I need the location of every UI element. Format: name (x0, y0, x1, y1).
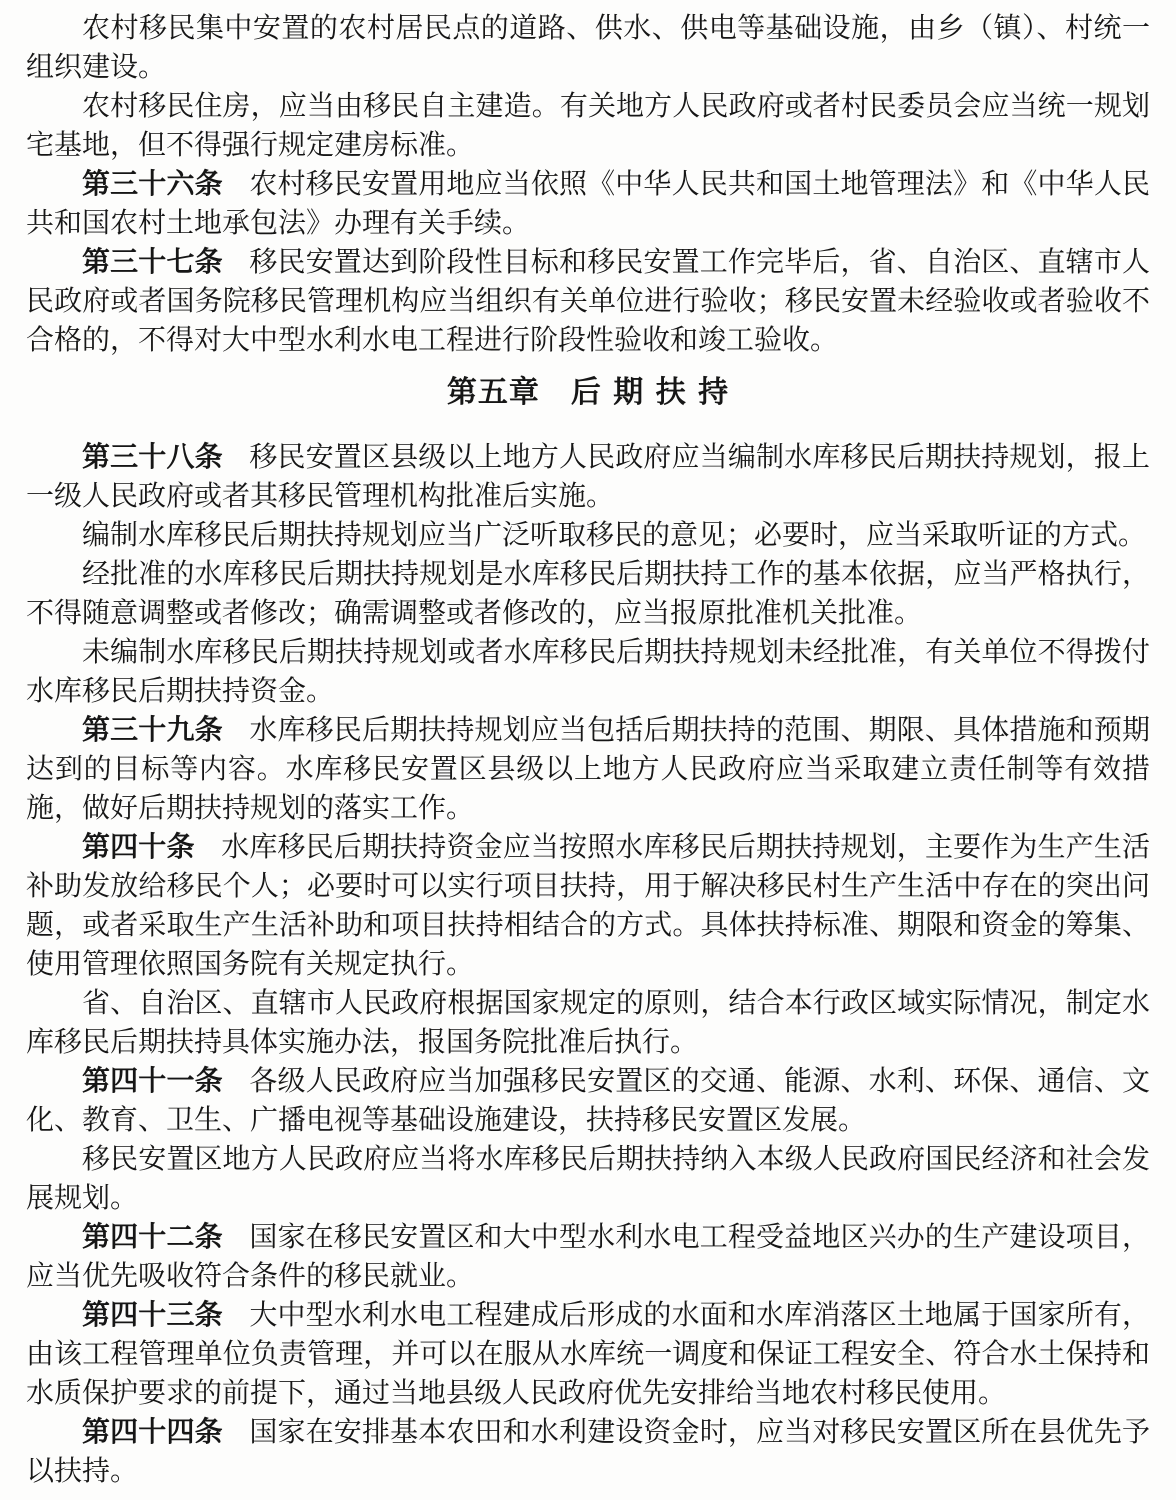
article-number: 第四十四条 (82, 1415, 223, 1448)
article-number: 第三十九条 (82, 713, 223, 746)
article-paragraph: 第三十七条移民安置达到阶段性目标和移民安置工作完毕后，省、自治区、直辖市人民政府… (26, 242, 1150, 359)
article-number: 第三十七条 (82, 245, 223, 278)
article-paragraph: 第四十二条国家在移民安置区和大中型水利水电工程受益地区兴办的生产建设项目，应当优… (26, 1217, 1150, 1295)
chapter-heading: 第五章 后 期 扶 持 (26, 373, 1150, 413)
paragraph: 未编制水库移民后期扶持规划或者水库移民后期扶持规划未经批准，有关单位不得拨付水库… (26, 632, 1150, 710)
paragraph-text: 编制水库移民后期扶持规划应当广泛听取移民的意见；必要时，应当采取听证的方式。 (82, 518, 1146, 551)
article-number: 第三十六条 (82, 167, 223, 200)
article-paragraph: 第四十一条各级人民政府应当加强移民安置区的交通、能源、水利、环保、通信、文化、教… (26, 1061, 1150, 1139)
article-paragraph: 第四十四条国家在安排基本农田和水利建设资金时，应当对移民安置区所在县优先予以扶持… (26, 1412, 1150, 1490)
paragraph: 农村移民集中安置的农村居民点的道路、供水、供电等基础设施，由乡（镇）、村统一组织… (26, 8, 1150, 86)
article-number: 第三十八条 (82, 440, 223, 473)
article-paragraph: 第四十三条大中型水利水电工程建成后形成的水面和水库消落区土地属于国家所有，由该工… (26, 1295, 1150, 1412)
article-paragraph: 第三十九条水库移民后期扶持规划应当包括后期扶持的范围、期限、具体措施和预期达到的… (26, 710, 1150, 827)
article-number: 第四十条 (82, 830, 195, 863)
article-paragraph: 第四十条水库移民后期扶持资金应当按照水库移民后期扶持规划，主要作为生产生活补助发… (26, 827, 1150, 983)
article-number: 第四十二条 (82, 1220, 223, 1253)
article-paragraph: 第三十八条移民安置区县级以上地方人民政府应当编制水库移民后期扶持规划，报上一级人… (26, 437, 1150, 515)
paragraph-text: 农村移民集中安置的农村居民点的道路、供水、供电等基础设施，由乡（镇）、村统一组织… (26, 11, 1150, 83)
article-paragraph: 第三十六条农村移民安置用地应当依照《中华人民共和国土地管理法》和《中华人民共和国… (26, 164, 1150, 242)
paragraph-text: 未编制水库移民后期扶持规划或者水库移民后期扶持规划未经批准，有关单位不得拨付水库… (26, 635, 1150, 707)
paragraph-text: 省、自治区、直辖市人民政府根据国家规定的原则，结合本行政区域实际情况，制定水库移… (26, 986, 1150, 1058)
paragraph: 移民安置区地方人民政府应当将水库移民后期扶持纳入本级人民政府国民经济和社会发展规… (26, 1139, 1150, 1217)
paragraph: 农村移民住房，应当由移民自主建造。有关地方人民政府或者村民委员会应当统一规划宅基… (26, 86, 1150, 164)
paragraph-text: 农村移民住房，应当由移民自主建造。有关地方人民政府或者村民委员会应当统一规划宅基… (26, 89, 1150, 161)
paragraph-text: 移民安置区地方人民政府应当将水库移民后期扶持纳入本级人民政府国民经济和社会发展规… (26, 1142, 1150, 1214)
paragraph: 编制水库移民后期扶持规划应当广泛听取移民的意见；必要时，应当采取听证的方式。 (26, 515, 1150, 554)
article-number: 第四十一条 (82, 1064, 223, 1097)
paragraph: 经批准的水库移民后期扶持规划是水库移民后期扶持工作的基本依据，应当严格执行，不得… (26, 554, 1150, 632)
paragraph-text: 经批准的水库移民后期扶持规划是水库移民后期扶持工作的基本依据，应当严格执行，不得… (26, 557, 1150, 629)
document-page: 农村移民集中安置的农村居民点的道路、供水、供电等基础设施，由乡（镇）、村统一组织… (0, 0, 1176, 1500)
paragraph: 省、自治区、直辖市人民政府根据国家规定的原则，结合本行政区域实际情况，制定水库移… (26, 983, 1150, 1061)
document-body: 农村移民集中安置的农村居民点的道路、供水、供电等基础设施，由乡（镇）、村统一组织… (26, 8, 1150, 1490)
article-number: 第四十三条 (82, 1298, 223, 1331)
